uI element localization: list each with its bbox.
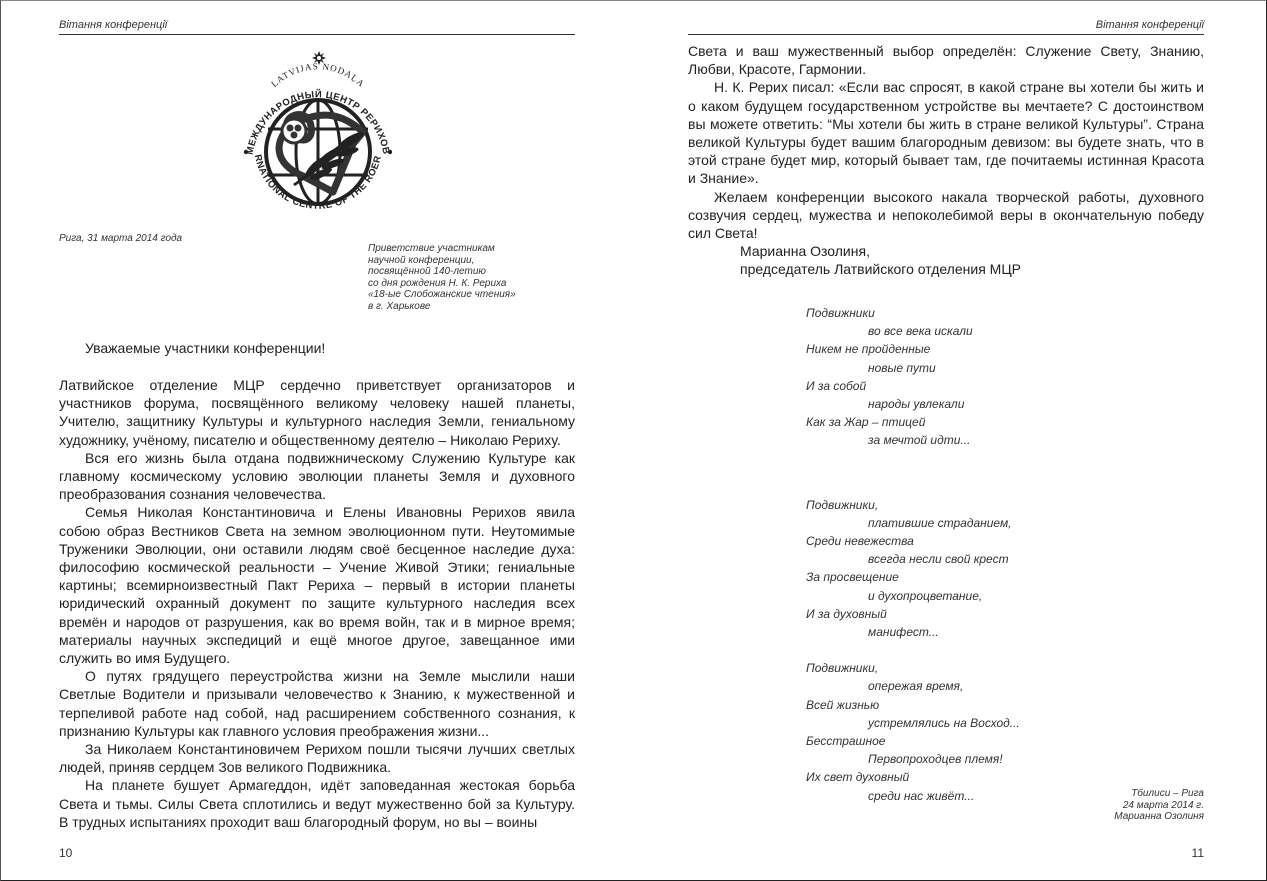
poem-line: Никем не пройденные <box>806 340 1106 358</box>
poem-stanza: Подвижники, опережая время, Всей жизнью … <box>806 659 1106 805</box>
poem-line: Всей жизнью <box>806 696 1106 714</box>
dedication-block: Приветствие участникам научной конференц… <box>368 243 516 313</box>
right-body-text: Света и ваш мужественный выбор определён… <box>688 42 1204 279</box>
dedication-line: научной конференции, <box>368 255 516 267</box>
poem-line: И за духовный <box>806 605 1106 623</box>
poem-line: устремлялись на Восход... <box>806 714 1106 732</box>
poem-line: и духопроцветание, <box>806 587 1106 605</box>
paragraph: Семья Николая Константиновича и Елены Ив… <box>59 503 575 667</box>
salutation: Уважаемые участники конференции! <box>85 340 325 356</box>
paragraph: Света и ваш мужественный выбор определён… <box>688 42 1204 78</box>
poem-line: среди нас живёт... <box>806 787 1106 805</box>
dedication-line: Приветствие участникам <box>368 243 516 255</box>
signature-name: Марианна Озолиня, <box>688 242 1204 260</box>
paragraph: О путях грядущего переустройства жизни н… <box>59 667 575 740</box>
poem-line: платившие страданием, <box>806 514 1106 532</box>
poem-line: всегда несли свой крест <box>806 550 1106 568</box>
poem-line: Подвижники, <box>806 496 1106 514</box>
poem-line: народы увлекали <box>806 395 1106 413</box>
poem-signature-line: Тбилиси – Рига <box>1114 788 1204 800</box>
paragraph: Латвийское отделение МЦР сердечно привет… <box>59 376 575 449</box>
svg-text:LATVIJAS NODAĻA: LATVIJAS NODAĻA <box>269 61 367 89</box>
icrc-logo-icon: LATVIJAS NODAĻA МЕЖДУНАРОДНЫЙ ЦЕНТР РЕРИ… <box>233 44 403 234</box>
left-page: Вітання конференції LATVIJAS NODAĻA МЕЖД… <box>59 0 575 881</box>
poem-line: Среди невежества <box>806 532 1106 550</box>
signature-title: председатель Латвийского отделения МЦР <box>688 260 1204 278</box>
paragraph: На планете бушует Армагеддон, идёт запов… <box>59 776 575 831</box>
poem-line: За просвещение <box>806 568 1106 586</box>
poem-line: за мечтой идти... <box>806 431 1106 449</box>
right-page: Вітання конференції Света и ваш мужестве… <box>688 0 1204 881</box>
poem-line: Бесстрашное <box>806 732 1106 750</box>
poem-line: опережая время, <box>806 677 1106 695</box>
place-date: Рига, 31 марта 2014 года <box>59 233 182 244</box>
paragraph: За Николаем Константиновичем Рерихом пош… <box>59 740 575 776</box>
dedication-line: «18-ые Слобожанские чтения» <box>368 289 516 301</box>
page-number-right: 11 <box>1192 846 1204 860</box>
dedication-line: со дня рождения Н. К. Рериха <box>368 278 516 290</box>
poem-stanza: Подвижники, платившие страданием, Среди … <box>806 496 1106 642</box>
poem-line: во все века искали <box>806 322 1106 340</box>
poem-signature: Тбилиси – Рига 24 марта 2014 г. Марианна… <box>1114 788 1204 823</box>
poem-line: Их свет духовный <box>806 768 1106 786</box>
paragraph: Вся его жизнь была отдана подвижническом… <box>59 449 575 504</box>
dedication-line: посвящённой 140-летию <box>368 266 516 278</box>
poem-line: Первопроходцев племя! <box>806 750 1106 768</box>
poem-line: манифест... <box>806 623 1106 641</box>
poem-line: И за собой <box>806 377 1106 395</box>
paragraph: Н. К. Рерих писал: «Если вас спросят, в … <box>688 78 1204 187</box>
page-number-left: 10 <box>59 846 72 860</box>
poem-line: Подвижники <box>806 304 1106 322</box>
poem-signature-line: 24 марта 2014 г. <box>1114 800 1204 812</box>
poem-line: Как за Жар – птицей <box>806 413 1106 431</box>
poem: Подвижники во все века искали Никем не п… <box>806 304 1106 823</box>
paragraph: Желаем конференции высокого накала творч… <box>688 188 1204 243</box>
left-body-text: Латвийское отделение МЦР сердечно привет… <box>59 376 575 831</box>
poem-signature-line: Марианна Озолиня <box>1114 811 1204 823</box>
running-head-left: Вітання конференції <box>59 19 575 35</box>
poem-line: Подвижники, <box>806 659 1106 677</box>
dedication-line: в г. Харькове <box>368 301 516 313</box>
poem-line: новые пути <box>806 359 1106 377</box>
poem-stanza: Подвижники во все века искали Никем не п… <box>806 304 1106 450</box>
running-head-right: Вітання конференції <box>688 19 1204 35</box>
